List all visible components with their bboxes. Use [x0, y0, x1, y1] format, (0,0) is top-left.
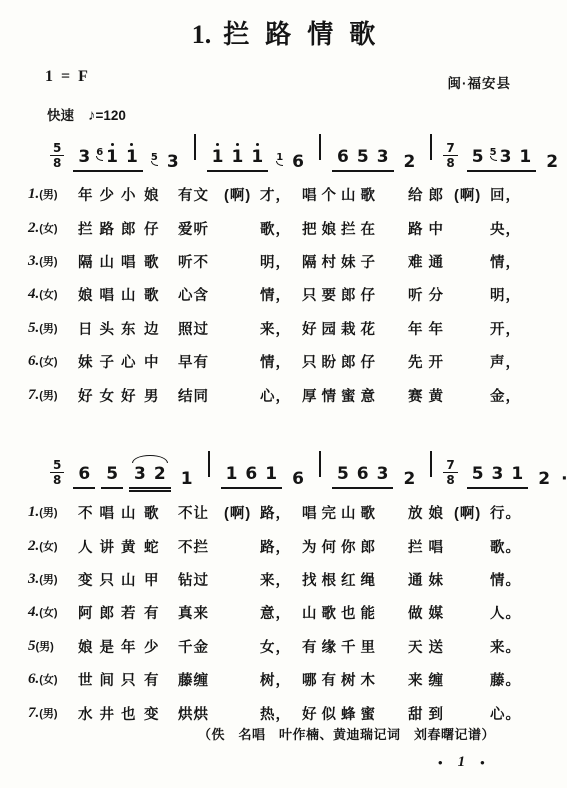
- time-signature-7-8: 7 8: [443, 459, 457, 487]
- lyric-cell: 明，: [490, 284, 550, 305]
- lyrics-section-1: 1.(男) 年少小 娘 有文 (啊) 才， 唱个山歌 给郎 (啊) 回， 2.(…: [28, 178, 552, 412]
- lyric-cell: 通妹: [408, 569, 454, 590]
- lyric-cell: 隔村妹子: [302, 251, 408, 272]
- lyric-cell: 找根红绳: [302, 569, 408, 590]
- verse-number: 7.: [28, 387, 39, 403]
- beam-group: 5 5 3 1: [467, 147, 537, 172]
- verse-label: 6.(女): [28, 671, 78, 688]
- lyric-cell: 世间只: [78, 669, 144, 690]
- barline: [319, 134, 321, 160]
- song-title: 1.拦路情歌: [0, 14, 567, 51]
- verse-number: 2.: [28, 220, 39, 236]
- lyric-cell: 才，: [260, 184, 302, 205]
- gender-marker: (男): [36, 641, 54, 653]
- lyric-cell: 来缠: [408, 669, 454, 690]
- time-sig-numerator: 5: [50, 142, 64, 157]
- lyric-cell: 娘唱山: [78, 284, 144, 305]
- note: 1: [261, 464, 281, 484]
- lyric-cell: 唱个山歌: [302, 184, 408, 205]
- grace-note: 5: [150, 152, 159, 163]
- time-signature-7-8: 7 8: [443, 142, 457, 170]
- eighth-note-icon: ♪: [88, 107, 96, 124]
- note: 2: [399, 469, 419, 489]
- lyric-cell: 女，: [260, 636, 302, 657]
- lyric-cell: 把娘拦在: [302, 218, 408, 239]
- verse-label: 5.(男): [28, 320, 78, 337]
- note-high-octave: 1: [122, 147, 142, 167]
- beam-group: 5: [101, 464, 123, 489]
- lyric-cell: 明，: [260, 251, 302, 272]
- lyric-cell: 先开: [408, 351, 454, 372]
- lyric-cell: 中: [144, 351, 178, 372]
- lyric-cell: 结同: [178, 385, 224, 406]
- gender-marker: (女): [39, 223, 57, 235]
- gender-marker: (女): [39, 356, 57, 368]
- lyrics-section-2: 1.(男) 不唱山 歌 不让 (啊) 路， 唱完山歌 放娘 (啊) 行。 2.(…: [28, 496, 552, 730]
- verse-number: 3.: [28, 253, 39, 269]
- lyric-cell: 心含: [178, 284, 224, 305]
- note: 1: [177, 469, 197, 489]
- lyric-cell: 不让: [178, 502, 224, 523]
- barline: [319, 451, 321, 477]
- verse-row: 7.(男) 好女好 男 结同 心， 厚情蜜意 赛黄 金，: [28, 378, 552, 411]
- note: 6: [241, 464, 261, 484]
- gender-marker: (男): [39, 256, 57, 268]
- lyric-cell: 变: [144, 703, 178, 724]
- lyric-cell: 路，: [260, 536, 302, 557]
- verse-row: 6.(女) 妹子心 中 早有 情， 只盼郎仔 先开 声，: [28, 345, 552, 378]
- page-number-value: 1: [458, 754, 466, 771]
- gender-marker: (男): [39, 708, 57, 720]
- lyric-cell: 赛黄: [408, 385, 454, 406]
- barline: [208, 451, 210, 477]
- verse-label: 1.(男): [28, 504, 78, 521]
- verse-row: 4.(女) 阿郎若 有 真来 意， 山歌也能 做媒 人。: [28, 596, 552, 629]
- gender-marker: (男): [39, 574, 57, 586]
- verse-number: 1.: [28, 504, 39, 520]
- time-sig-numerator: 7: [443, 142, 457, 157]
- lyric-cell: 来。: [490, 636, 550, 657]
- verse-row: 3.(男) 变只山 甲 钻过 来， 找根红绳 通妹 情。: [28, 563, 552, 596]
- beam-group-slur: 3 2: [129, 464, 171, 489]
- lyric-cell: 听不: [178, 251, 224, 272]
- note: 3: [163, 152, 183, 172]
- verse-number: 2.: [28, 538, 39, 554]
- verse-row: 1.(男) 年少小 娘 有文 (啊) 才， 唱个山歌 给郎 (啊) 回，: [28, 178, 552, 211]
- lyric-cell: 阿郎若: [78, 602, 144, 623]
- time-signature-5-8: 5 8: [50, 459, 64, 487]
- lyric-cell: 拦路郎: [78, 218, 144, 239]
- lyric-cell: 意，: [260, 602, 302, 623]
- verse-number: 4.: [28, 604, 39, 620]
- lyric-cell: 歌，: [260, 218, 302, 239]
- barline: [430, 134, 432, 160]
- gender-marker: (女): [39, 607, 57, 619]
- note: 3: [488, 464, 508, 484]
- song-number: 1.: [192, 20, 212, 49]
- lyric-cell: 只要郎仔: [302, 284, 408, 305]
- key-signature: 1 = F: [45, 68, 90, 86]
- lyric-cell: 有缘千里: [302, 636, 408, 657]
- tempo-bpm: =120: [96, 108, 126, 123]
- verse-label: 5(男): [28, 638, 78, 655]
- gender-marker: (女): [39, 674, 57, 686]
- lyric-cell: 情，: [260, 351, 302, 372]
- sheet-music-page: 1.拦路情歌 1 = F 闽·福安县 快速♪=120 5 8 3 6 1 1 5…: [0, 0, 567, 788]
- lyric-cell: 好女好: [78, 385, 144, 406]
- beam-group: 6 5 3: [332, 147, 394, 172]
- page-number: • 1 •: [438, 754, 485, 771]
- verse-row: 2.(女) 人讲黄 蛇 不拦 路， 为何你郎 拦唱 歌。: [28, 529, 552, 562]
- note: 3: [373, 464, 393, 484]
- lyric-cell: (啊): [454, 502, 490, 523]
- credits-line: （佚 名唱 叶作楠、黄迪瑞记词 刘春曙记谱）: [198, 724, 495, 743]
- verse-label: 7.(男): [28, 387, 78, 404]
- lyric-cell: (啊): [224, 502, 260, 523]
- verse-label: 4.(女): [28, 286, 78, 303]
- lyric-cell: 行。: [490, 502, 550, 523]
- verse-label: 7.(男): [28, 705, 78, 722]
- note: 5: [333, 464, 353, 484]
- note: 5: [102, 464, 122, 484]
- grace-note: 1: [275, 152, 284, 163]
- verse-row: 6.(女) 世间只 有 藤缠 树， 哪有树木 来缠 藤。: [28, 663, 552, 696]
- song-title-text: 拦路情歌: [223, 20, 391, 49]
- lyric-cell: 甲: [144, 569, 178, 590]
- lyric-cell: (啊): [454, 184, 490, 205]
- note: 2: [150, 464, 170, 484]
- barline: [430, 451, 432, 477]
- lyric-cell: 早有: [178, 351, 224, 372]
- note: 1: [222, 464, 242, 484]
- lyric-cell: 为何你郎: [302, 536, 408, 557]
- lyric-cell: 歌: [144, 502, 178, 523]
- lyric-cell: 仔: [144, 218, 178, 239]
- tempo-marking: 快速♪=120: [47, 104, 126, 124]
- lyric-cell: 心，: [260, 385, 302, 406]
- note: 6: [288, 469, 308, 489]
- lyric-cell: 好似蜂蜜: [302, 703, 408, 724]
- lyric-cell: 钻过: [178, 569, 224, 590]
- lyric-cell: 情，: [490, 251, 550, 272]
- lyric-cell: 歌: [144, 284, 178, 305]
- lyric-cell: 有: [144, 669, 178, 690]
- time-sig-numerator: 5: [50, 459, 64, 474]
- lyric-cell: 年年: [408, 318, 454, 339]
- verse-row: 1.(男) 不唱山 歌 不让 (啊) 路， 唱完山歌 放娘 (啊) 行。: [28, 496, 552, 529]
- lyric-cell: 有文: [178, 184, 224, 205]
- augmentation-dot: ·: [560, 469, 567, 489]
- time-sig-denominator: 8: [53, 156, 61, 170]
- lyric-cell: 来，: [260, 318, 302, 339]
- lyric-cell: 不拦: [178, 536, 224, 557]
- verse-number: 5.: [28, 320, 39, 336]
- page-number-dot: •: [438, 755, 443, 771]
- beam-group: 5 3 1: [467, 464, 529, 489]
- lyric-cell: 给郎: [408, 184, 454, 205]
- gender-marker: (女): [39, 541, 57, 553]
- note: 3: [130, 464, 150, 484]
- verse-label: 4.(女): [28, 604, 78, 621]
- lyric-cell: 路，: [260, 502, 302, 523]
- time-signature-5-8: 5 8: [50, 142, 64, 170]
- note: 2: [400, 152, 420, 172]
- lyric-cell: 水井也: [78, 703, 144, 724]
- lyric-cell: 难通: [408, 251, 454, 272]
- note: 6: [74, 464, 94, 484]
- verse-label: 3.(男): [28, 571, 78, 588]
- verse-number: 6.: [28, 353, 39, 369]
- lyric-cell: 隔山唱: [78, 251, 144, 272]
- lyric-cell: 歌。: [490, 536, 550, 557]
- lyric-cell: 照过: [178, 318, 224, 339]
- verse-number: 3.: [28, 571, 39, 587]
- lyric-cell: 有: [144, 602, 178, 623]
- lyric-cell: 央，: [490, 218, 550, 239]
- lyric-cell: 不唱山: [78, 502, 144, 523]
- lyric-cell: 树，: [260, 669, 302, 690]
- verse-label: 2.(女): [28, 220, 78, 237]
- beam-group: 3 6 1 1: [73, 147, 143, 172]
- lyric-cell: 变只山: [78, 569, 144, 590]
- verse-number: 5: [28, 638, 36, 654]
- page-number-dot: •: [480, 755, 485, 771]
- note: 2: [534, 469, 554, 489]
- notation-line-1: 5 8 3 6 1 1 5 3 1 1 1 1 6 6 5 3 2 7 8: [50, 126, 567, 172]
- beam-group: 5 6 3: [332, 464, 394, 489]
- lyric-cell: 哪有树木: [302, 669, 408, 690]
- lyric-cell: 心。: [490, 703, 550, 724]
- lyric-cell: 做媒: [408, 602, 454, 623]
- lyric-cell: 人。: [490, 602, 550, 623]
- lyric-cell: 男: [144, 385, 178, 406]
- lyric-cell: 爱听: [178, 218, 224, 239]
- lyric-cell: 真来: [178, 602, 224, 623]
- note: 5: [468, 147, 488, 167]
- verse-row: 5.(男) 日头东 边 照过 来， 好园栽花 年年 开，: [28, 312, 552, 345]
- lyric-cell: 甜到: [408, 703, 454, 724]
- time-sig-denominator: 8: [446, 473, 454, 487]
- notation-line-2: 5 8 6 5 3 2 1 1 6 1 6 5 6 3 2 7 8: [50, 443, 567, 489]
- verse-row: 2.(女) 拦路郎 仔 爱听 歌， 把娘拦在 路中 央，: [28, 211, 552, 244]
- note: 6: [288, 152, 308, 172]
- note-high-octave: 1: [208, 147, 228, 167]
- verse-row: 5(男) 娘是年 少 千金 女， 有缘千里 天送 来。: [28, 630, 552, 663]
- verse-number: 4.: [28, 286, 39, 302]
- gender-marker: (男): [39, 507, 57, 519]
- lyric-cell: 好园栽花: [302, 318, 408, 339]
- lyric-cell: 声，: [490, 351, 550, 372]
- lyric-cell: 情，: [260, 284, 302, 305]
- note: 3: [74, 147, 94, 167]
- beam-group: 1 6 1: [221, 464, 283, 489]
- lyric-cell: 烘烘: [178, 703, 224, 724]
- note-high-octave: 1: [102, 147, 122, 167]
- note: 1: [507, 464, 527, 484]
- lyric-cell: 听分: [408, 284, 454, 305]
- lyric-cell: 妹子心: [78, 351, 144, 372]
- beam-group: 6: [73, 464, 95, 489]
- barline: [194, 134, 196, 160]
- lyric-cell: 回，: [490, 184, 550, 205]
- lyric-cell: 放娘: [408, 502, 454, 523]
- lyric-cell: 日头东: [78, 318, 144, 339]
- verse-row: 4.(女) 娘唱山 歌 心含 情， 只要郎仔 听分 明，: [28, 278, 552, 311]
- lyric-cell: 娘是年: [78, 636, 144, 657]
- gender-marker: (女): [39, 289, 57, 301]
- note: 6: [353, 464, 373, 484]
- lyric-cell: 千金: [178, 636, 224, 657]
- lyric-cell: 金，: [490, 385, 550, 406]
- note: 6: [333, 147, 353, 167]
- beam-group: 1 1 1: [207, 147, 269, 172]
- lyric-cell: 娘: [144, 184, 178, 205]
- verse-label: 6.(女): [28, 353, 78, 370]
- note: 3: [496, 147, 516, 167]
- gender-marker: (男): [39, 189, 57, 201]
- lyric-cell: 来，: [260, 569, 302, 590]
- lyric-cell: 边: [144, 318, 178, 339]
- gender-marker: (男): [39, 390, 57, 402]
- tempo-label: 快速: [47, 108, 74, 123]
- lyric-cell: 藤缠: [178, 669, 224, 690]
- time-sig-numerator: 7: [443, 459, 457, 474]
- note-high-octave: 1: [228, 147, 248, 167]
- lyric-cell: 热，: [260, 703, 302, 724]
- verse-number: 1.: [28, 186, 39, 202]
- verse-number: 6.: [28, 671, 39, 687]
- lyric-cell: 少: [144, 636, 178, 657]
- note: 2: [542, 152, 562, 172]
- lyric-cell: 唱完山歌: [302, 502, 408, 523]
- note-high-octave: 1: [247, 147, 267, 167]
- verse-label: 1.(男): [28, 186, 78, 203]
- lyric-cell: 藤。: [490, 669, 550, 690]
- time-sig-denominator: 8: [446, 156, 454, 170]
- lyric-cell: 路中: [408, 218, 454, 239]
- lyric-cell: (啊): [224, 184, 260, 205]
- verse-label: 2.(女): [28, 538, 78, 555]
- lyric-cell: 天送: [408, 636, 454, 657]
- lyric-cell: 厚情蜜意: [302, 385, 408, 406]
- note: 5: [353, 147, 373, 167]
- lyric-cell: 情。: [490, 569, 550, 590]
- gender-marker: (男): [39, 323, 57, 335]
- lyric-cell: 拦唱: [408, 536, 454, 557]
- lyric-cell: 山歌也能: [302, 602, 408, 623]
- time-sig-denominator: 8: [53, 473, 61, 487]
- lyric-cell: 人讲黄: [78, 536, 144, 557]
- note: 1: [515, 147, 535, 167]
- note: 3: [373, 147, 393, 167]
- verse-number: 7.: [28, 705, 39, 721]
- verse-row: 3.(男) 隔山唱 歌 听不 明， 隔村妹子 难通 情，: [28, 245, 552, 278]
- lyric-cell: 歌: [144, 251, 178, 272]
- lyric-cell: 开，: [490, 318, 550, 339]
- region-label: 闽·福安县: [448, 72, 512, 92]
- verse-label: 3.(男): [28, 253, 78, 270]
- lyric-cell: 只盼郎仔: [302, 351, 408, 372]
- lyric-cell: 蛇: [144, 536, 178, 557]
- note: 5: [468, 464, 488, 484]
- lyric-cell: 年少小: [78, 184, 144, 205]
